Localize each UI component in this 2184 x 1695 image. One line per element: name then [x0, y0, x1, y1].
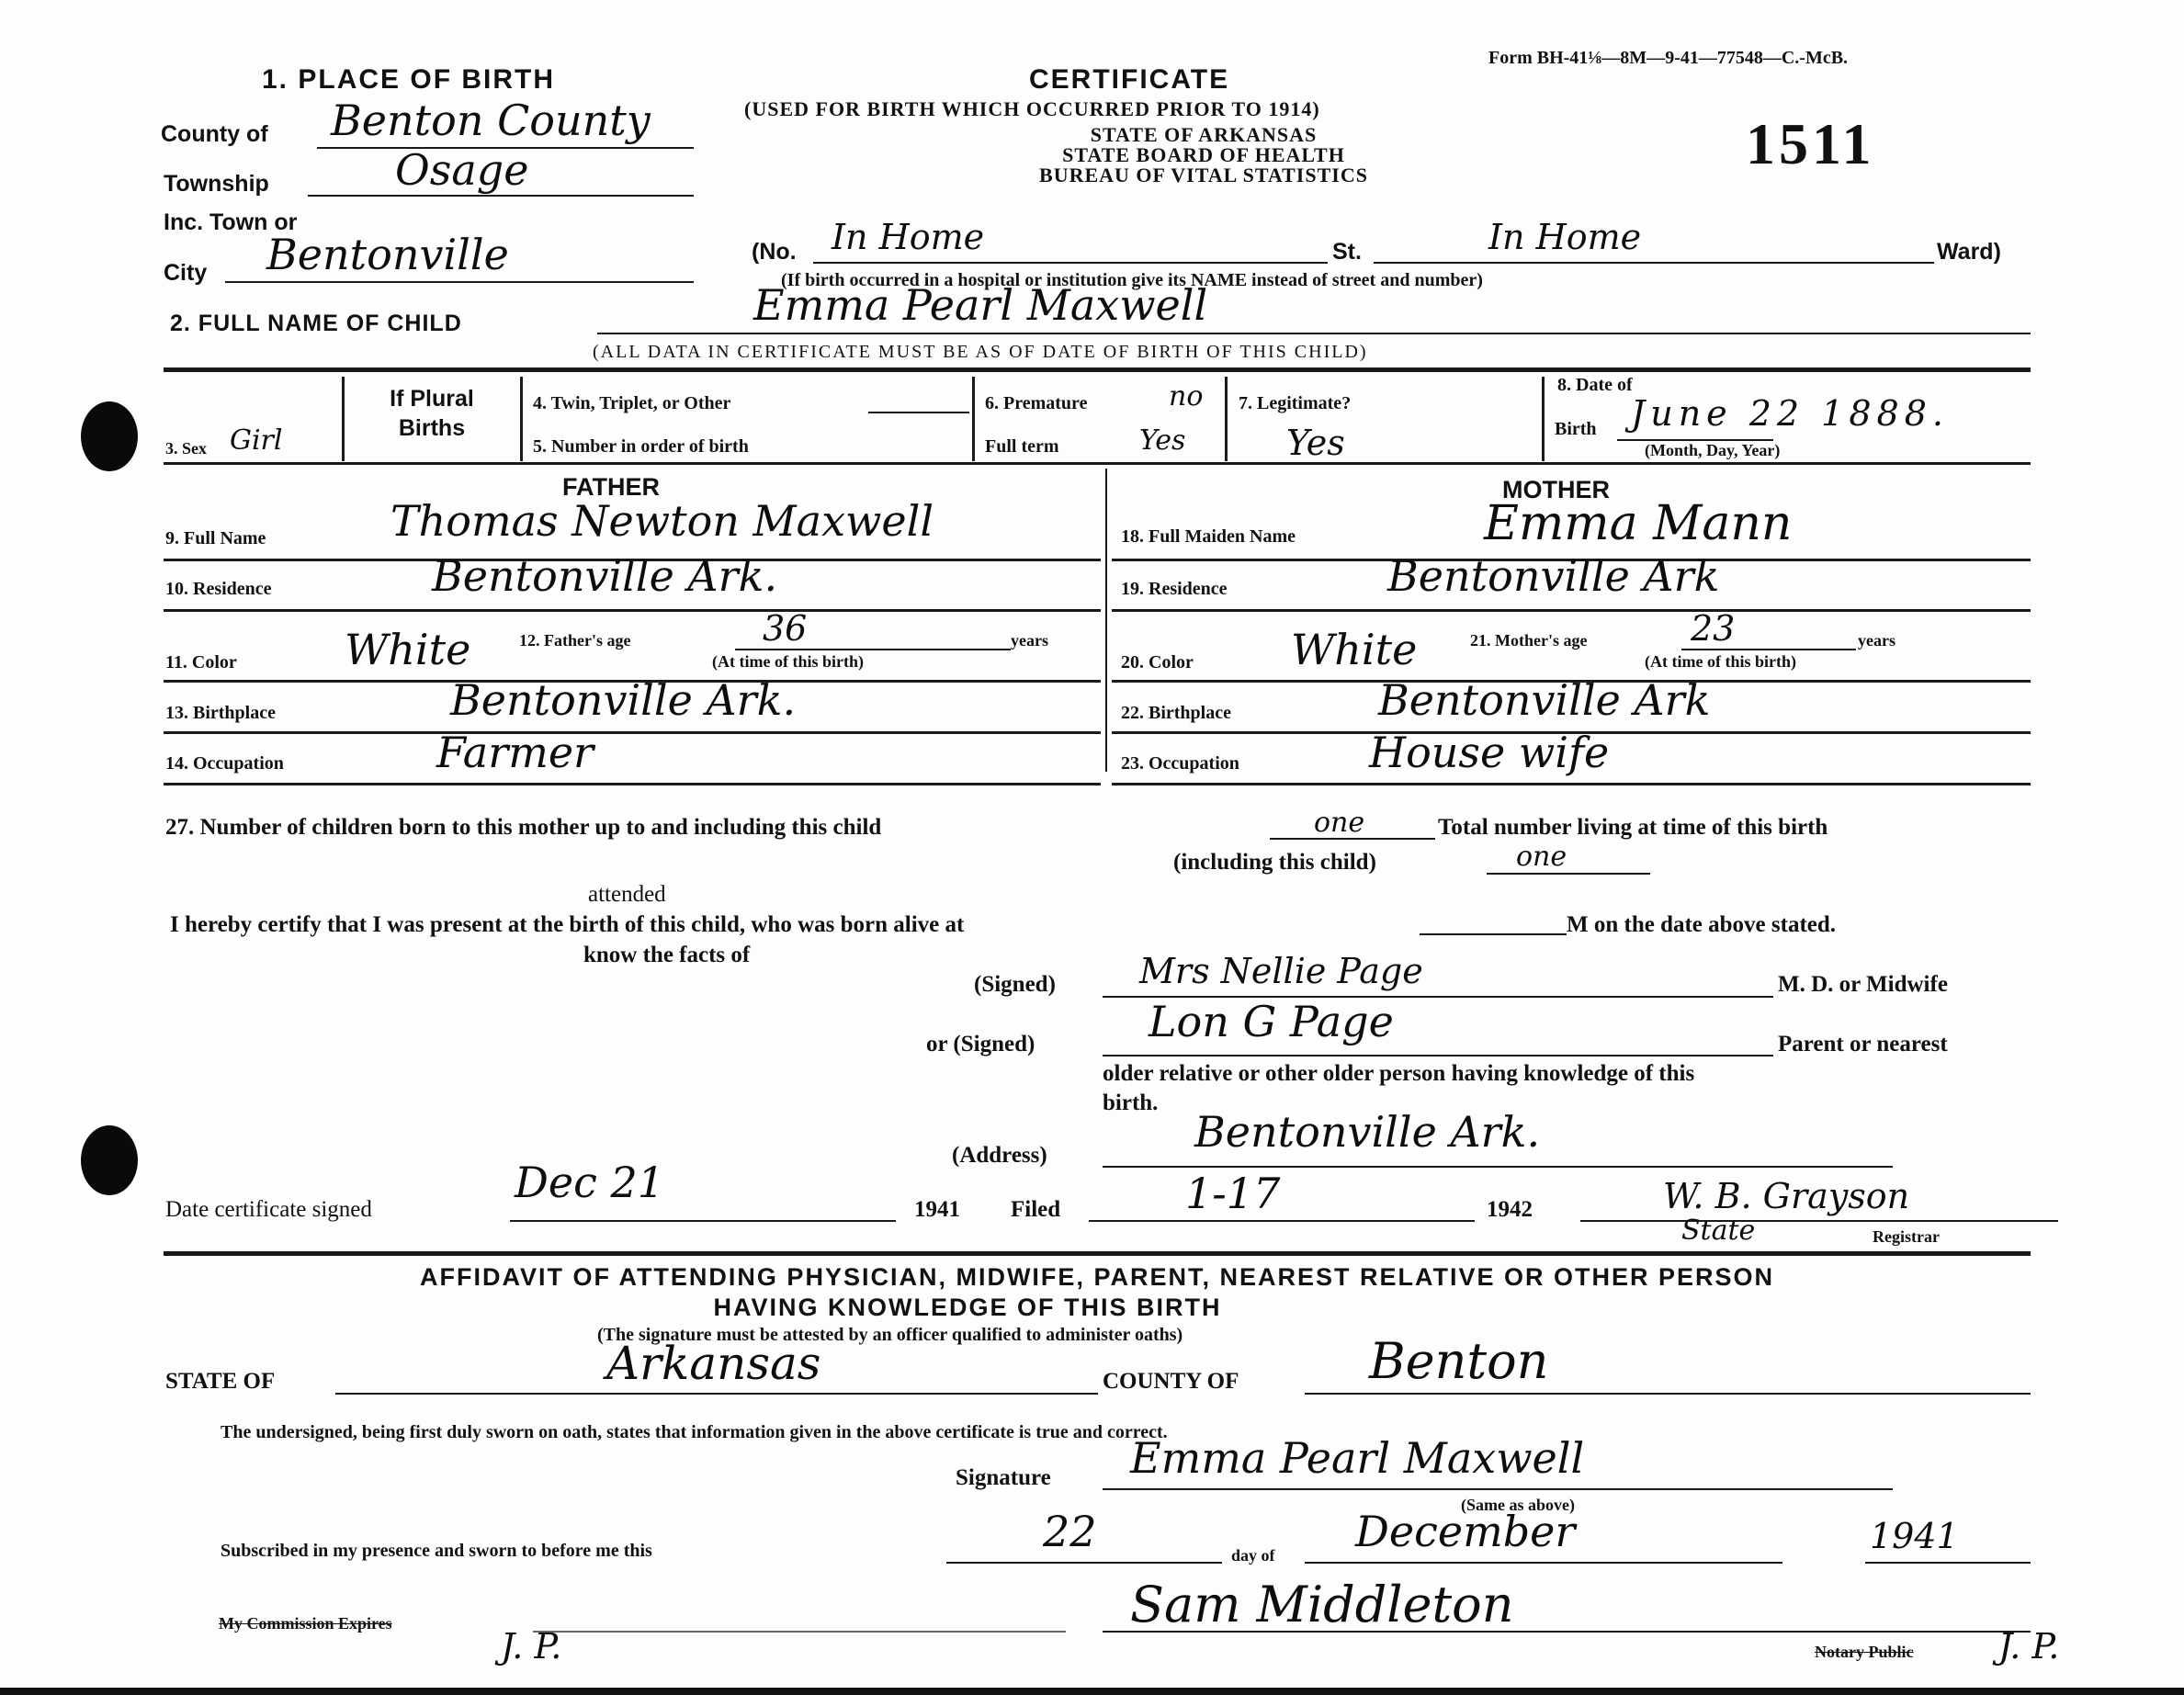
address-line: [1103, 1166, 1893, 1168]
father-color-value: White: [345, 625, 470, 674]
father-residence-line: [164, 609, 1101, 612]
affidavit-title: AFFIDAVIT OF ATTENDING PHYSICIAN, MIDWIF…: [164, 1263, 2031, 1292]
registrar-label: Registrar: [1873, 1227, 1940, 1247]
child-name-line: [597, 333, 2031, 334]
county-of-label: COUNTY OF: [1103, 1369, 1239, 1395]
mother-color-label: 20. Color: [1121, 652, 1194, 673]
filed-label: Filed: [1011, 1197, 1060, 1223]
born-time-line: [1420, 933, 1567, 935]
affiant-signature-line: [1103, 1488, 1893, 1490]
child-name-value: Emma Pearl Maxwell: [753, 280, 1207, 330]
all-data-note: (ALL DATA IN CERTIFICATE MUST BE AS OF D…: [593, 342, 1368, 363]
mother-age-label: 21. Mother's age: [1470, 631, 1587, 650]
father-name-value: Thomas Newton Maxwell: [390, 496, 934, 546]
parents-divider: [1105, 469, 1107, 772]
divider-premature: [1225, 377, 1228, 461]
city-value: Bentonville: [266, 230, 509, 279]
notary-value: J. P.: [1998, 1626, 2059, 1667]
plural-births-label: If Plural Births: [349, 384, 515, 443]
section-divider-3: [164, 1251, 2031, 1256]
living-label: Total number living at time of this birt…: [1438, 815, 1828, 841]
m-suffix: M on the date above stated.: [1567, 912, 1836, 938]
father-birthplace-line: [164, 731, 1101, 734]
father-occupation-label: 14. Occupation: [165, 753, 284, 774]
children-born-label: 27. Number of children born to this moth…: [165, 815, 881, 841]
date-signed-label: Date certificate signed: [165, 1197, 372, 1223]
legitimate-label: 7. Legitimate?: [1239, 393, 1351, 414]
twin-line: [868, 412, 969, 413]
plural-label-line1: If Plural: [349, 384, 515, 413]
sex-label: 3. Sex: [165, 439, 207, 458]
midwife-signature: Mrs Nellie Page: [1139, 951, 1423, 991]
father-occupation-value: Farmer: [436, 728, 594, 777]
mother-occupation-line: [1112, 783, 2031, 785]
divider-twin: [972, 377, 975, 461]
father-age-unit: years: [1011, 631, 1048, 650]
certificate-title: CERTIFICATE: [1029, 64, 1229, 96]
day-of-label: day of: [1231, 1546, 1275, 1565]
date-signed-line: [510, 1220, 896, 1222]
plural-label-line2: Births: [349, 413, 515, 443]
father-residence-label: 10. Residence: [165, 579, 272, 600]
affiant-signature: Emma Pearl Maxwell: [1130, 1433, 1584, 1483]
father-birthplace-label: 13. Birthplace: [165, 703, 276, 724]
mother-birthplace-value: Bentonville Ark: [1378, 675, 1711, 725]
signature-label: Signature: [956, 1465, 1051, 1491]
subscribed-month: December: [1355, 1507, 1575, 1556]
twin-label: 4. Twin, Triplet, or Other: [533, 393, 730, 414]
punch-hole-top: [81, 401, 138, 471]
mother-occupation-value: House wife: [1369, 728, 1609, 777]
sex-value: Girl: [230, 424, 283, 457]
parent-signature-line: [1103, 1055, 1773, 1057]
street-line: [1374, 262, 1934, 264]
premature-label: 6. Premature: [985, 393, 1087, 414]
mother-color-value: White: [1291, 625, 1417, 674]
mother-residence-value: Bentonville Ark: [1387, 551, 1720, 601]
parent-label: Parent or nearest: [1778, 1032, 1948, 1057]
mother-name-value: Emma Mann: [1484, 496, 1792, 551]
birth-word: birth.: [1103, 1090, 1158, 1116]
subscribed-day-line: [946, 1562, 1222, 1564]
subscribed-year-line: [1865, 1562, 2031, 1564]
or-signed-label: or (Signed): [926, 1032, 1035, 1057]
mother-residence-line: [1112, 609, 2031, 612]
section-divider-1: [164, 367, 2031, 372]
mother-name-label: 18. Full Maiden Name: [1121, 526, 1296, 548]
township-value: Osage: [395, 145, 528, 195]
father-age-hint: (At time of this birth): [712, 652, 864, 672]
mother-age-hint: (At time of this birth): [1645, 652, 1796, 672]
living-value: one: [1516, 841, 1567, 873]
father-age-value: 36: [763, 608, 807, 649]
county-of-line: [1305, 1393, 2031, 1395]
divider-legitimate: [1542, 377, 1545, 461]
ward-label: Ward): [1937, 239, 2001, 266]
commission-value: J. P.: [501, 1626, 561, 1667]
father-age-label: 12. Father's age: [519, 631, 630, 650]
dob-label-2: Birth: [1555, 419, 1597, 440]
county-of-value: Benton: [1369, 1332, 1548, 1390]
address-value: Bentonville Ark.: [1194, 1107, 1540, 1157]
street-no-value: In Home: [832, 217, 984, 257]
city-label: City: [164, 260, 207, 287]
father-occupation-line: [164, 783, 1101, 785]
mother-residence-label: 19. Residence: [1121, 579, 1228, 600]
commission-line: [533, 1631, 1066, 1633]
state-of-value: Arkansas: [606, 1337, 820, 1390]
divider-sex: [342, 377, 345, 461]
mother-age-line: [1681, 649, 1856, 650]
attended-word: attended: [588, 882, 666, 908]
officer-signature: Sam Middleton: [1130, 1576, 1513, 1633]
including-label: (including this child): [1173, 850, 1376, 876]
street-value: In Home: [1488, 217, 1641, 257]
father-name-label: 9. Full Name: [165, 528, 266, 549]
township-line: [308, 195, 694, 197]
dob-label-1: 8. Date of: [1557, 375, 1633, 396]
city-line: [225, 281, 694, 283]
divider-plural: [520, 377, 523, 461]
dob-value: June 22 1888.: [1631, 393, 1949, 434]
registrar-state: State: [1681, 1215, 1755, 1247]
registrar-line: [1580, 1220, 2058, 1222]
affidavit-title-2: HAVING KNOWLEDGE OF THIS BIRTH: [164, 1294, 1771, 1322]
form-number: Form BH-41⅛—8M—9-41—77548—C.-McB.: [1488, 48, 1848, 69]
street-label: St.: [1332, 239, 1362, 266]
parent-signature: Lon G Page: [1149, 997, 1394, 1046]
board-name: STATE BOARD OF HEALTH: [919, 145, 1488, 165]
full-term-value: Yes: [1139, 424, 1185, 457]
date-signed-value: Dec 21: [515, 1158, 664, 1207]
md-label: M. D. or Midwife: [1778, 972, 1948, 998]
page-bottom-border: [0, 1688, 2184, 1695]
county-value: Benton County: [331, 96, 651, 145]
date-signed-year: 1941: [914, 1197, 960, 1223]
commission-label: My Commission Expires: [219, 1614, 392, 1633]
mother-age-unit: years: [1858, 631, 1895, 650]
children-born-value: one: [1314, 807, 1364, 839]
filed-value: 1-17: [1185, 1169, 1280, 1218]
dob-hint: (Month, Day, Year): [1645, 441, 1780, 460]
state-name: STATE OF ARKANSAS: [919, 125, 1488, 145]
county-label: County of: [161, 121, 268, 148]
father-age-line: [735, 649, 1011, 650]
section-place-of-birth-title: 1. PLACE OF BIRTH: [262, 64, 555, 96]
section-divider-2: [164, 462, 2031, 465]
mother-birthplace-label: 22. Birthplace: [1121, 703, 1231, 724]
subscribed-label: Subscribed in my presence and sworn to b…: [221, 1541, 652, 1562]
oath-text: The undersigned, being first duly sworn …: [221, 1422, 1168, 1443]
state-of-label: STATE OF: [165, 1369, 275, 1395]
filed-line: [1089, 1220, 1475, 1222]
registrar-signature: W. B. Grayson: [1663, 1176, 1909, 1216]
legitimate-value: Yes: [1286, 423, 1345, 463]
subscribed-day: 22: [1043, 1507, 1097, 1556]
older-relative-text: older relative or other older person hav…: [1103, 1061, 1694, 1087]
child-name-label: 2. FULL NAME OF CHILD: [170, 311, 462, 337]
know-facts: know the facts of: [583, 943, 750, 968]
signed-label: (Signed): [974, 972, 1056, 998]
mother-age-value: 23: [1691, 608, 1735, 649]
father-color-label: 11. Color: [165, 652, 237, 673]
punch-hole-bottom: [81, 1125, 138, 1195]
officer-signature-line: [1103, 1631, 2031, 1633]
street-no-label: (No.: [752, 239, 797, 266]
subscribed-month-line: [1305, 1562, 1782, 1564]
father-residence-value: Bentonville Ark.: [432, 551, 777, 601]
township-label: Township: [164, 171, 269, 198]
certify-statement: I hereby certify that I was present at t…: [170, 912, 964, 938]
full-term-label: Full term: [985, 436, 1059, 458]
premature-value: no: [1169, 380, 1203, 412]
issuing-authority: STATE OF ARKANSAS STATE BOARD OF HEALTH …: [919, 125, 1488, 186]
certificate-number: 1511: [1746, 110, 1874, 178]
mother-occupation-label: 23. Occupation: [1121, 753, 1239, 774]
address-label: (Address): [952, 1143, 1047, 1169]
subscribed-year: 1941: [1870, 1516, 1959, 1556]
order-label: 5. Number in order of birth: [533, 436, 749, 458]
living-line: [1487, 873, 1650, 875]
certificate-subtitle: (USED FOR BIRTH WHICH OCCURRED PRIOR TO …: [744, 97, 1320, 121]
street-no-line: [813, 262, 1328, 264]
notary-label: Notary Public: [1815, 1643, 1914, 1662]
father-birthplace-value: Bentonville Ark.: [450, 675, 796, 725]
state-of-line: [335, 1393, 1098, 1395]
filed-year: 1942: [1487, 1197, 1533, 1223]
bureau-name: BUREAU OF VITAL STATISTICS: [919, 165, 1488, 186]
